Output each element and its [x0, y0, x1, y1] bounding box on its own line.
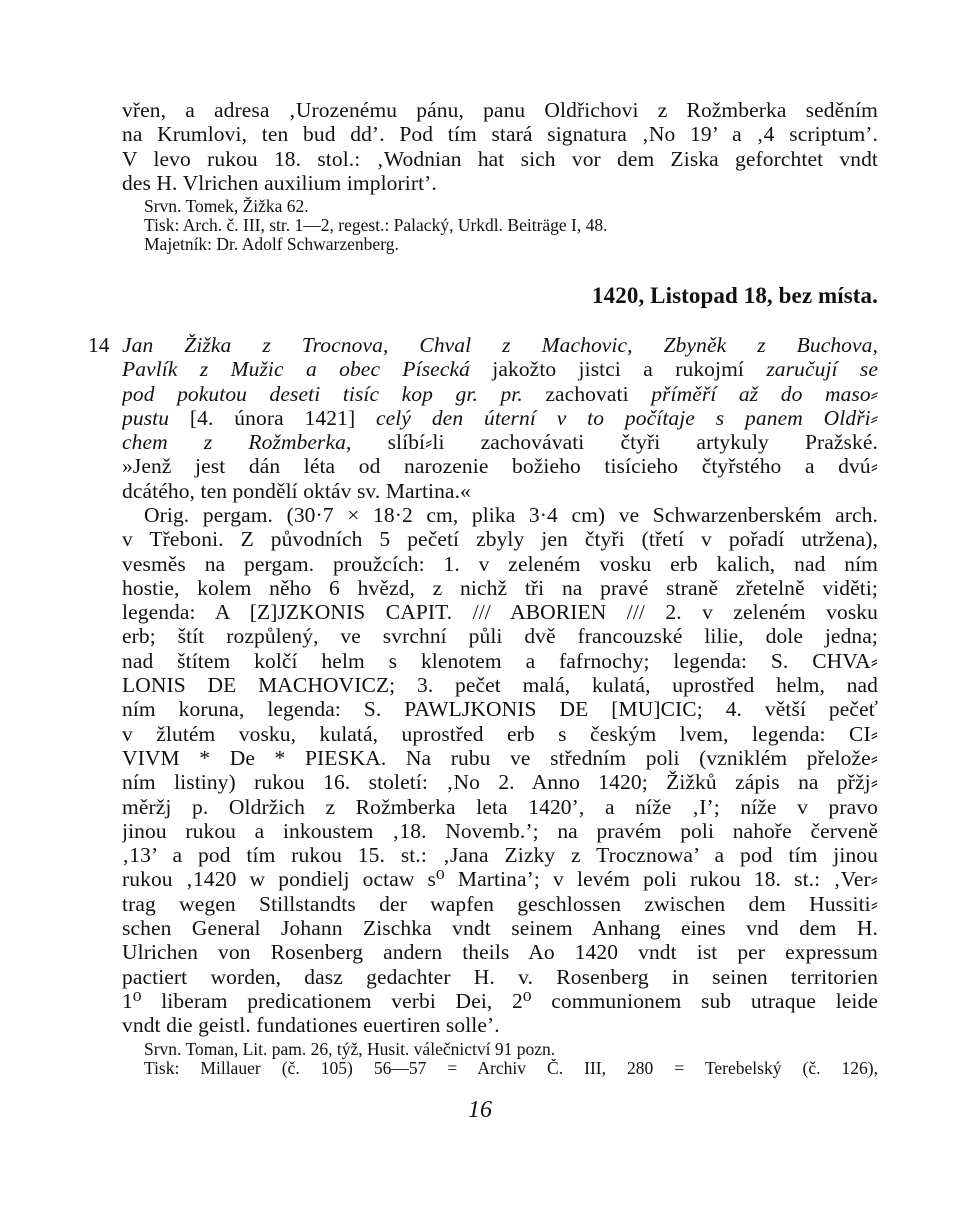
bibliographic-notes: Srvn. Tomek, Žižka 62. Tisk: Arch. č. II…: [122, 197, 878, 254]
description-line: nad štítem kolčí helm s klenotem a fafrn…: [122, 649, 878, 673]
entry-number: 14: [88, 333, 110, 357]
italic-run: pod pokutou deseti tisíc kop gr. pr.: [122, 382, 523, 406]
regest-line: chem z Rožmberka, slíbí⸗li zachovávati č…: [122, 430, 878, 454]
roman-run: , slíbí⸗li zachovávati čtyři artykuly Pr…: [346, 430, 878, 454]
description-line: 1⁰ liberam predicationem verbi Dei, 2⁰ c…: [122, 989, 878, 1013]
description-line: schen General Johann Zischka vndt seinem…: [122, 916, 878, 940]
regest-line: Pavlík z Mužic a obec Písecká jakožto ji…: [122, 357, 878, 381]
roman-run: dcátého, ten pondělí oktáv sv. Martina.«: [122, 479, 471, 503]
regest-line: Jan Žižka z Trocnova, Chval z Machovic, …: [122, 333, 878, 357]
note-print: Tisk: Millauer (č. 105) 56—57 = Archiv Č…: [144, 1059, 878, 1078]
description-line: Ulrichen von Rosenberg andern theils Ao …: [122, 940, 878, 964]
description-line: hostie, kolem něho 6 hvězd, z nichž tři …: [122, 576, 878, 600]
description-line: vesměs na pergam. proužcích: 1. v zelené…: [122, 552, 878, 576]
description-line: v žlutém vosku, kulatá, uprostřed erb s …: [122, 722, 878, 746]
description-line: jinou rukou a inkoustem ‚18. Novemb.’; n…: [122, 819, 878, 843]
italic-run: pustu: [122, 406, 169, 430]
text-line: vřen, a adresa ‚Urozenému pánu, panu Old…: [122, 98, 878, 122]
regest-line: pustu [4. února 1421] celý den úterní v …: [122, 406, 878, 430]
description-line: měržj p. Oldržich z Rožmberka leta 1420’…: [122, 795, 878, 819]
text-line: na Krumlovi, ten bud dd’. Pod tím stará …: [122, 122, 878, 146]
description-line: vndt die geistl. fundationes euertiren s…: [122, 1013, 878, 1037]
roman-run: [4. února 1421]: [169, 406, 376, 430]
entry-date-heading: 1420, Listopad 18, bez místa.: [592, 283, 878, 309]
roman-run: »Jenž jest dán léta od narozenie božieho…: [122, 454, 878, 478]
description-line: rukou ‚1420 w pondielj octaw s⁰ Martina’…: [122, 867, 878, 891]
italic-run: celý den úterní v to počítaje s panem Ol…: [376, 406, 878, 430]
description-line: legenda: A [Z]JZKONIS CAPIT. /// ABORIEN…: [122, 600, 878, 624]
description-line: ním koruna, legenda: S. PAWLJKONIS DE [M…: [122, 697, 878, 721]
description-line: pactiert worden, dasz gedachter H. v. Ro…: [122, 965, 878, 989]
note-owner: Majetník: Dr. Adolf Schwarzenberg.: [144, 235, 878, 254]
italic-run: příměří až do maso⸗: [651, 382, 878, 406]
entry-notes: Srvn. Toman, Lit. pam. 26, týž, Husit. v…: [122, 1040, 878, 1078]
description-line: VIVM * De * PIESKA. Na rubu ve středním …: [122, 746, 878, 770]
description-line: Orig. pergam. (30·7 × 18·2 cm, plika 3·4…: [122, 503, 878, 527]
description-line: erb; štít rozpůlený, ve svrchní půli dvě…: [122, 624, 878, 648]
roman-run: jakožto jistci a rukojmí: [470, 357, 766, 381]
page-number: 16: [0, 1097, 960, 1124]
description-line: trag wegen Stillstandts der wapfen gesch…: [122, 892, 878, 916]
description-line: LONIS DE MACHOVICZ; 3. pečet malá, kulat…: [122, 673, 878, 697]
entry-regest: Jan Žižka z Trocnova, Chval z Machovic, …: [122, 333, 878, 503]
note-reference: Srvn. Tomek, Žižka 62.: [144, 197, 878, 216]
regest-line: »Jenž jest dán léta od narozenie božieho…: [122, 454, 878, 478]
italic-run: zaručují se: [766, 357, 878, 381]
italic-run: Pavlík z Mužic a obec Písecká: [122, 357, 470, 381]
text-line: des H. Vlrichen auxilium implorirt’.: [122, 171, 878, 195]
note-reference: Srvn. Toman, Lit. pam. 26, týž, Husit. v…: [144, 1040, 878, 1059]
regest-line: pod pokutou deseti tisíc kop gr. pr. zac…: [122, 382, 878, 406]
note-print: Tisk: Arch. č. III, str. 1—2, regest.: P…: [144, 216, 878, 235]
entry-description: Orig. pergam. (30·7 × 18·2 cm, plika 3·4…: [122, 503, 878, 1038]
roman-run: zachovati: [523, 382, 651, 406]
description-line: v Třeboni. Z původních 5 pečetí zbyly je…: [122, 527, 878, 551]
regest-line: dcátého, ten pondělí oktáv sv. Martina.«: [122, 479, 878, 503]
text-line: V levo rukou 18. stol.: ‚Wodnian hat sic…: [122, 147, 878, 171]
description-line: ním listiny) rukou 16. století: ‚No 2. A…: [122, 770, 878, 794]
document-page: vřen, a adresa ‚Urozenému pánu, panu Old…: [0, 0, 960, 1213]
italic-run: chem z Rožmberka: [122, 430, 346, 454]
italic-run: Jan Žižka z Trocnova, Chval z Machovic, …: [122, 333, 878, 357]
continued-description: vřen, a adresa ‚Urozenému pánu, panu Old…: [122, 98, 878, 195]
description-line: ‚13’ a pod tím rukou 15. st.: ‚Jana Zizk…: [122, 843, 878, 867]
